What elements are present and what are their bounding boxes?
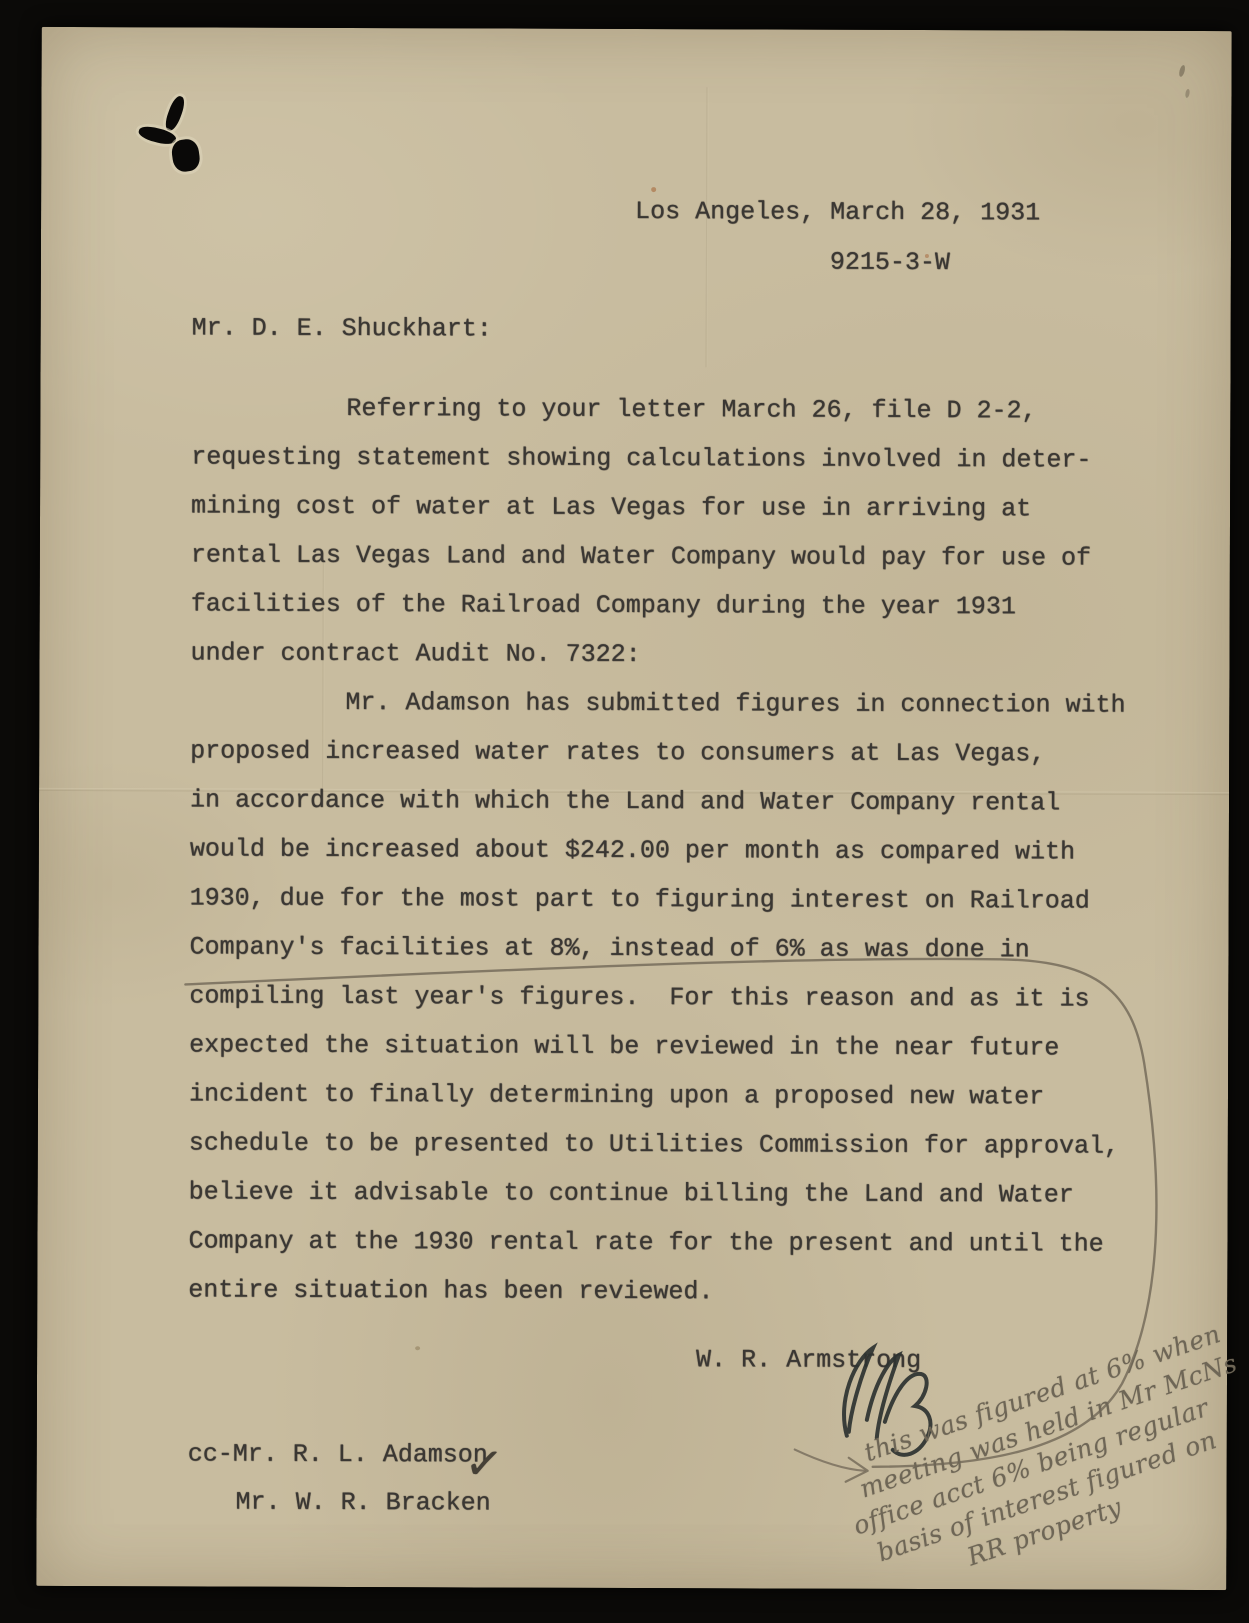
paper-speck xyxy=(1178,64,1186,77)
checkmark-annotation: ✓ xyxy=(462,1435,506,1493)
paper-speck xyxy=(1185,89,1191,99)
paragraph-1: Referring to your letter March 26, file … xyxy=(190,383,1211,681)
punch-hole-1 xyxy=(163,94,188,132)
handwritten-note: this was figured at 6% when meeting was … xyxy=(860,1270,1249,1594)
typed-signature: W. R. Armstrong xyxy=(696,1335,921,1385)
salutation: Mr. D. E. Shuckhart: xyxy=(192,303,492,353)
cc-line-2: Mr. W. R. Bracken xyxy=(235,1478,490,1528)
punch-hole-3 xyxy=(170,138,201,173)
cc-line-1: cc-Mr. R. L. Adamson xyxy=(188,1429,488,1479)
dateline: Los Angeles, March 28, 1931 xyxy=(635,187,1040,237)
letter-page: Los Angeles, March 28, 1931 9215-3-W Mr.… xyxy=(36,27,1231,1590)
scan-background: Los Angeles, March 28, 1931 9215-3-W Mr.… xyxy=(0,0,1249,1623)
file-number: 9215-3-W xyxy=(830,238,950,287)
paragraph-2: Mr. Adamson has submitted figures in con… xyxy=(188,677,1210,1318)
paper-speck xyxy=(415,1346,420,1350)
